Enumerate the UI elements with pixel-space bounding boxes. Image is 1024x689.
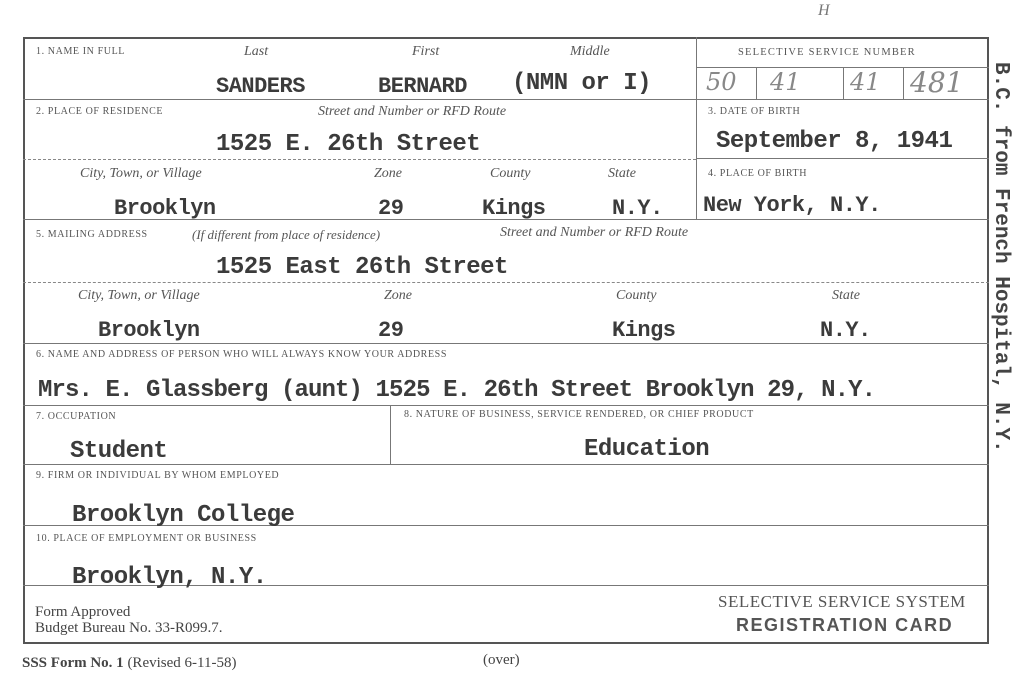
row-divider <box>23 99 989 100</box>
employer-label: 9. Firm or individual by whom employed <box>36 470 279 481</box>
residence-zone-field[interactable]: 29 <box>378 196 403 221</box>
contact-label: 6. Name and address of person who will a… <box>36 349 447 360</box>
column-divider <box>696 37 697 219</box>
residence-county-sublabel: County <box>490 166 530 182</box>
ssn-label: Selective Service Number <box>738 47 916 58</box>
ssn-cell-divider <box>843 67 844 99</box>
form-number-value: SSS Form No. 1 <box>22 655 124 671</box>
registration-card-title: REGISTRATION CARD <box>736 615 953 636</box>
middle-name-field[interactable]: (NMN or I) <box>512 70 651 97</box>
pob-field[interactable]: New York, N.Y. <box>703 193 881 218</box>
contact-field[interactable]: Mrs. E. Glassberg (aunt) 1525 E. 26th St… <box>38 377 875 404</box>
residence-county-field[interactable]: Kings <box>482 196 546 221</box>
mailing-zone-field[interactable]: 29 <box>378 318 403 343</box>
top-mark: H <box>818 2 830 20</box>
last-sublabel: Last <box>244 44 268 60</box>
selective-service-system-title: SELECTIVE SERVICE SYSTEM <box>718 592 966 612</box>
pob-label: 4. Place of birth <box>708 168 807 179</box>
row-divider <box>696 158 989 159</box>
mailing-dashed-divider <box>23 282 989 283</box>
budget-bureau-text: Budget Bureau No. 33-R099.7. <box>35 620 222 636</box>
employment-place-field[interactable]: Brooklyn, N.Y. <box>72 564 267 591</box>
mailing-label-note: (If different from place of residence) <box>192 227 380 243</box>
row-divider <box>23 464 989 465</box>
mailing-state-field[interactable]: N.Y. <box>820 318 871 343</box>
ssn-part-1[interactable]: 50 <box>706 68 737 96</box>
over-note: (over) <box>483 652 520 669</box>
residence-city-field[interactable]: Brooklyn <box>114 196 216 221</box>
row-divider <box>23 343 989 344</box>
last-name-field[interactable]: SANDERS <box>216 74 305 99</box>
row-divider <box>23 405 989 406</box>
business-field[interactable]: Education <box>584 436 709 463</box>
mailing-zone-sublabel: Zone <box>384 288 412 304</box>
occupation-label: 7. Occupation <box>36 411 116 422</box>
first-sublabel: First <box>412 44 439 60</box>
ssn-part-2[interactable]: 41 <box>770 68 801 96</box>
mailing-county-sublabel: County <box>616 288 656 304</box>
occupation-field[interactable]: Student <box>70 438 167 465</box>
ssn-cell-divider <box>903 67 904 99</box>
mailing-state-sublabel: State <box>832 288 860 304</box>
residence-state-sublabel: State <box>608 166 636 182</box>
residence-dashed-divider <box>23 159 696 160</box>
residence-city-sublabel: City, Town, or Village <box>80 166 202 182</box>
first-name-field[interactable]: BERNARD <box>378 74 467 99</box>
dob-field[interactable]: September 8, 1941 <box>716 128 952 155</box>
side-annotation: B.C. from French Hospital, N.Y. <box>989 62 1012 453</box>
ssn-part-3[interactable]: 41 <box>850 68 881 96</box>
employment-place-label: 10. Place of employment or business <box>36 533 257 544</box>
residence-state-field[interactable]: N.Y. <box>612 196 663 221</box>
form-revised: (Revised 6-11-58) <box>127 655 236 671</box>
mailing-city-field[interactable]: Brooklyn <box>98 318 200 343</box>
mailing-street-field[interactable]: 1525 East 26th Street <box>216 254 508 281</box>
form-number: SSS Form No. 1 (Revised 6-11-58) <box>22 655 236 672</box>
ssn-cell-divider <box>756 67 757 99</box>
residence-label: 2. Place of residence <box>36 106 163 117</box>
residence-street-field[interactable]: 1525 E. 26th Street <box>216 131 480 158</box>
middle-sublabel: Middle <box>570 44 610 60</box>
column-divider <box>390 405 391 464</box>
mailing-county-field[interactable]: Kings <box>612 318 676 343</box>
mailing-label: 5. Mailing address <box>36 229 148 240</box>
form-approved-text: Form Approved <box>35 604 130 620</box>
residence-street-sublabel: Street and Number or RFD Route <box>318 104 506 120</box>
employer-field[interactable]: Brooklyn College <box>72 502 294 529</box>
name-label: 1. Name in full <box>36 46 125 57</box>
ssn-part-4[interactable]: 481 <box>910 66 963 99</box>
residence-zone-sublabel: Zone <box>374 166 402 182</box>
mailing-street-sublabel: Street and Number or RFD Route <box>500 225 688 241</box>
dob-label: 3. Date of birth <box>708 106 800 117</box>
mailing-city-sublabel: City, Town, or Village <box>78 288 200 304</box>
business-label: 8. Nature of business, service rendered,… <box>404 409 754 420</box>
